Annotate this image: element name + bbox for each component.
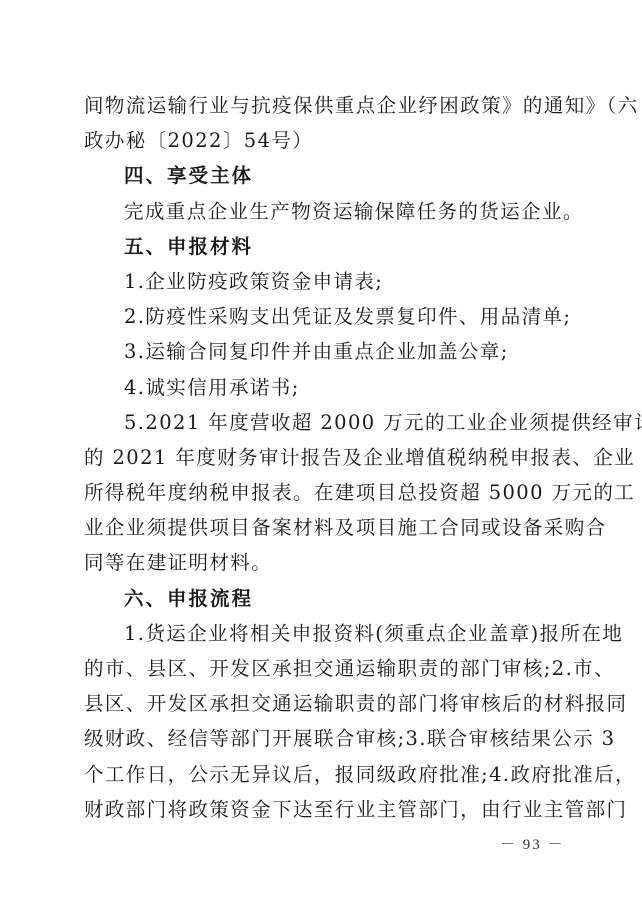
text-line: 间物流运输行业与抗疫保供重点企业纾困政策》的通知》（六 [84,88,558,123]
text-line: 财政部门将政策资金下达至行业主管部门，由行业主管部门 [84,792,558,827]
section-heading-process: 六、申报流程 [84,581,558,616]
list-item: 3.运输合同复印件并由重点企业加盖公章; [84,334,558,369]
list-item: 2.防疫性采购支出凭证及发票复印件、用品清单; [84,299,558,334]
text-line: 同等在建证明材料。 [84,545,558,580]
section-heading-beneficiaries: 四、享受主体 [84,158,558,193]
list-item: 4.诚实信用承诺书; [84,370,558,405]
text-line: 的 2021 年度财务审计报告及企业增值税纳税申报表、企业 [84,440,558,475]
text-line: 的市、县区、开发区承担交通运输职责的部门审核;2.市、 [84,651,558,686]
text-line: 个工作日，公示无异议后，报同级政府批准;4.政府批准后， [84,757,558,792]
text-line: 业企业须提供项目备案材料及项目施工合同或设备采购合 [84,510,558,545]
list-item: 1.企业防疫政策资金申请表; [84,264,558,299]
text-line: 县区、开发区承担交通运输职责的部门将审核后的材料报同 [84,686,558,721]
text-line: 所得税年度纳税申报表。在建项目总投资超 5000 万元的工 [84,475,558,510]
section-heading-materials: 五、申报材料 [84,229,558,264]
list-item: 5.2021 年度营收超 2000 万元的工业企业须提供经审计 [84,405,558,440]
text-line: 级财政、经信等部门开展联合审核;3.联合审核结果公示 3 [84,721,558,756]
text-line: 1.货运企业将相关申报资料(须重点企业盖章)报所在地 [84,616,558,651]
text-line: 政办秘〔2022〕54号） [84,123,558,158]
page-number: － 93 － [500,833,565,854]
text-line: 完成重点企业生产物资运输保障任务的货运企业。 [84,194,558,229]
document-page: 间物流运输行业与抗疫保供重点企业纾困政策》的通知》（六 政办秘〔2022〕54号… [84,88,558,827]
